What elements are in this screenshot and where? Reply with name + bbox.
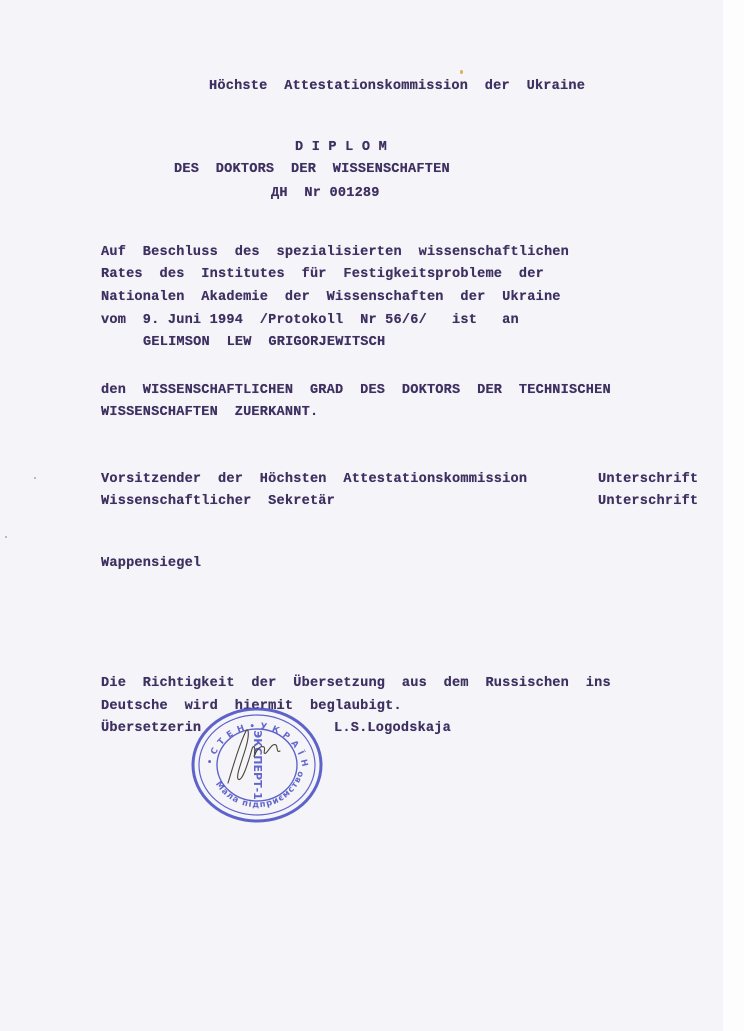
stamp-ring-text-top: • С Т Е Н • У К Р А Ї Н А [190,703,310,769]
svg-text:• С Т Е Н • У К Р А Ї Н А: • С Т Е Н • У К Р А Ї Н А [190,703,310,769]
paper-speck [5,536,7,538]
decision-line-1: Auf Beschluss des spezialisierten wissen… [101,246,569,260]
stamp-center-text: ЭКСПЕРТ-1 [251,730,264,800]
certification-line-1: Die Richtigkeit der Übersetzung aus dem … [101,677,611,691]
document-title: D I P L O M [295,141,387,155]
decision-line-2: Rates des Institutes für Festigkeitsprob… [101,268,544,282]
translator-name: L.S.Logodskaja [334,722,451,736]
issuing-authority: Höchste Attestationskommission der Ukrai… [209,80,585,94]
document-page: Höchste Attestationskommission der Ukrai… [0,0,723,1031]
diploma-number: ДН Nr 001289 [271,187,380,201]
scan-margin [723,0,744,1031]
notary-stamp: • С Т Е Н • У К Р А Ї Н А Мала підприємс… [190,703,324,823]
document-subtitle: DES DOKTORS DER WISSENSCHAFTEN [174,163,450,177]
decision-line-3: Nationalen Akademie der Wissenschaften d… [101,291,561,305]
decision-line-4: vom 9. Juni 1994 /Protokoll Nr 56/6/ ist… [101,314,519,328]
chairman-signature: Unterschrift [598,473,698,487]
paper-speck [34,477,36,479]
secretary-signature: Unterschrift [598,495,698,509]
translator-label: Übersetzerin [101,722,201,736]
seal-label: Wappensiegel [101,557,201,571]
chairman-role: Vorsitzender der Höchsten Attestationsko… [101,473,527,487]
ink-spot [460,70,463,74]
secretary-role: Wissenschaftlicher Sekretär [101,495,335,509]
recipient-name: GELIMSON LEW GRIGORJEWITSCH [143,336,385,350]
award-line-1: den WISSENSCHAFTLICHEN GRAD DES DOKTORS … [101,384,611,398]
award-line-2: WISSENSCHAFTEN ZUERKANNT. [101,406,318,420]
